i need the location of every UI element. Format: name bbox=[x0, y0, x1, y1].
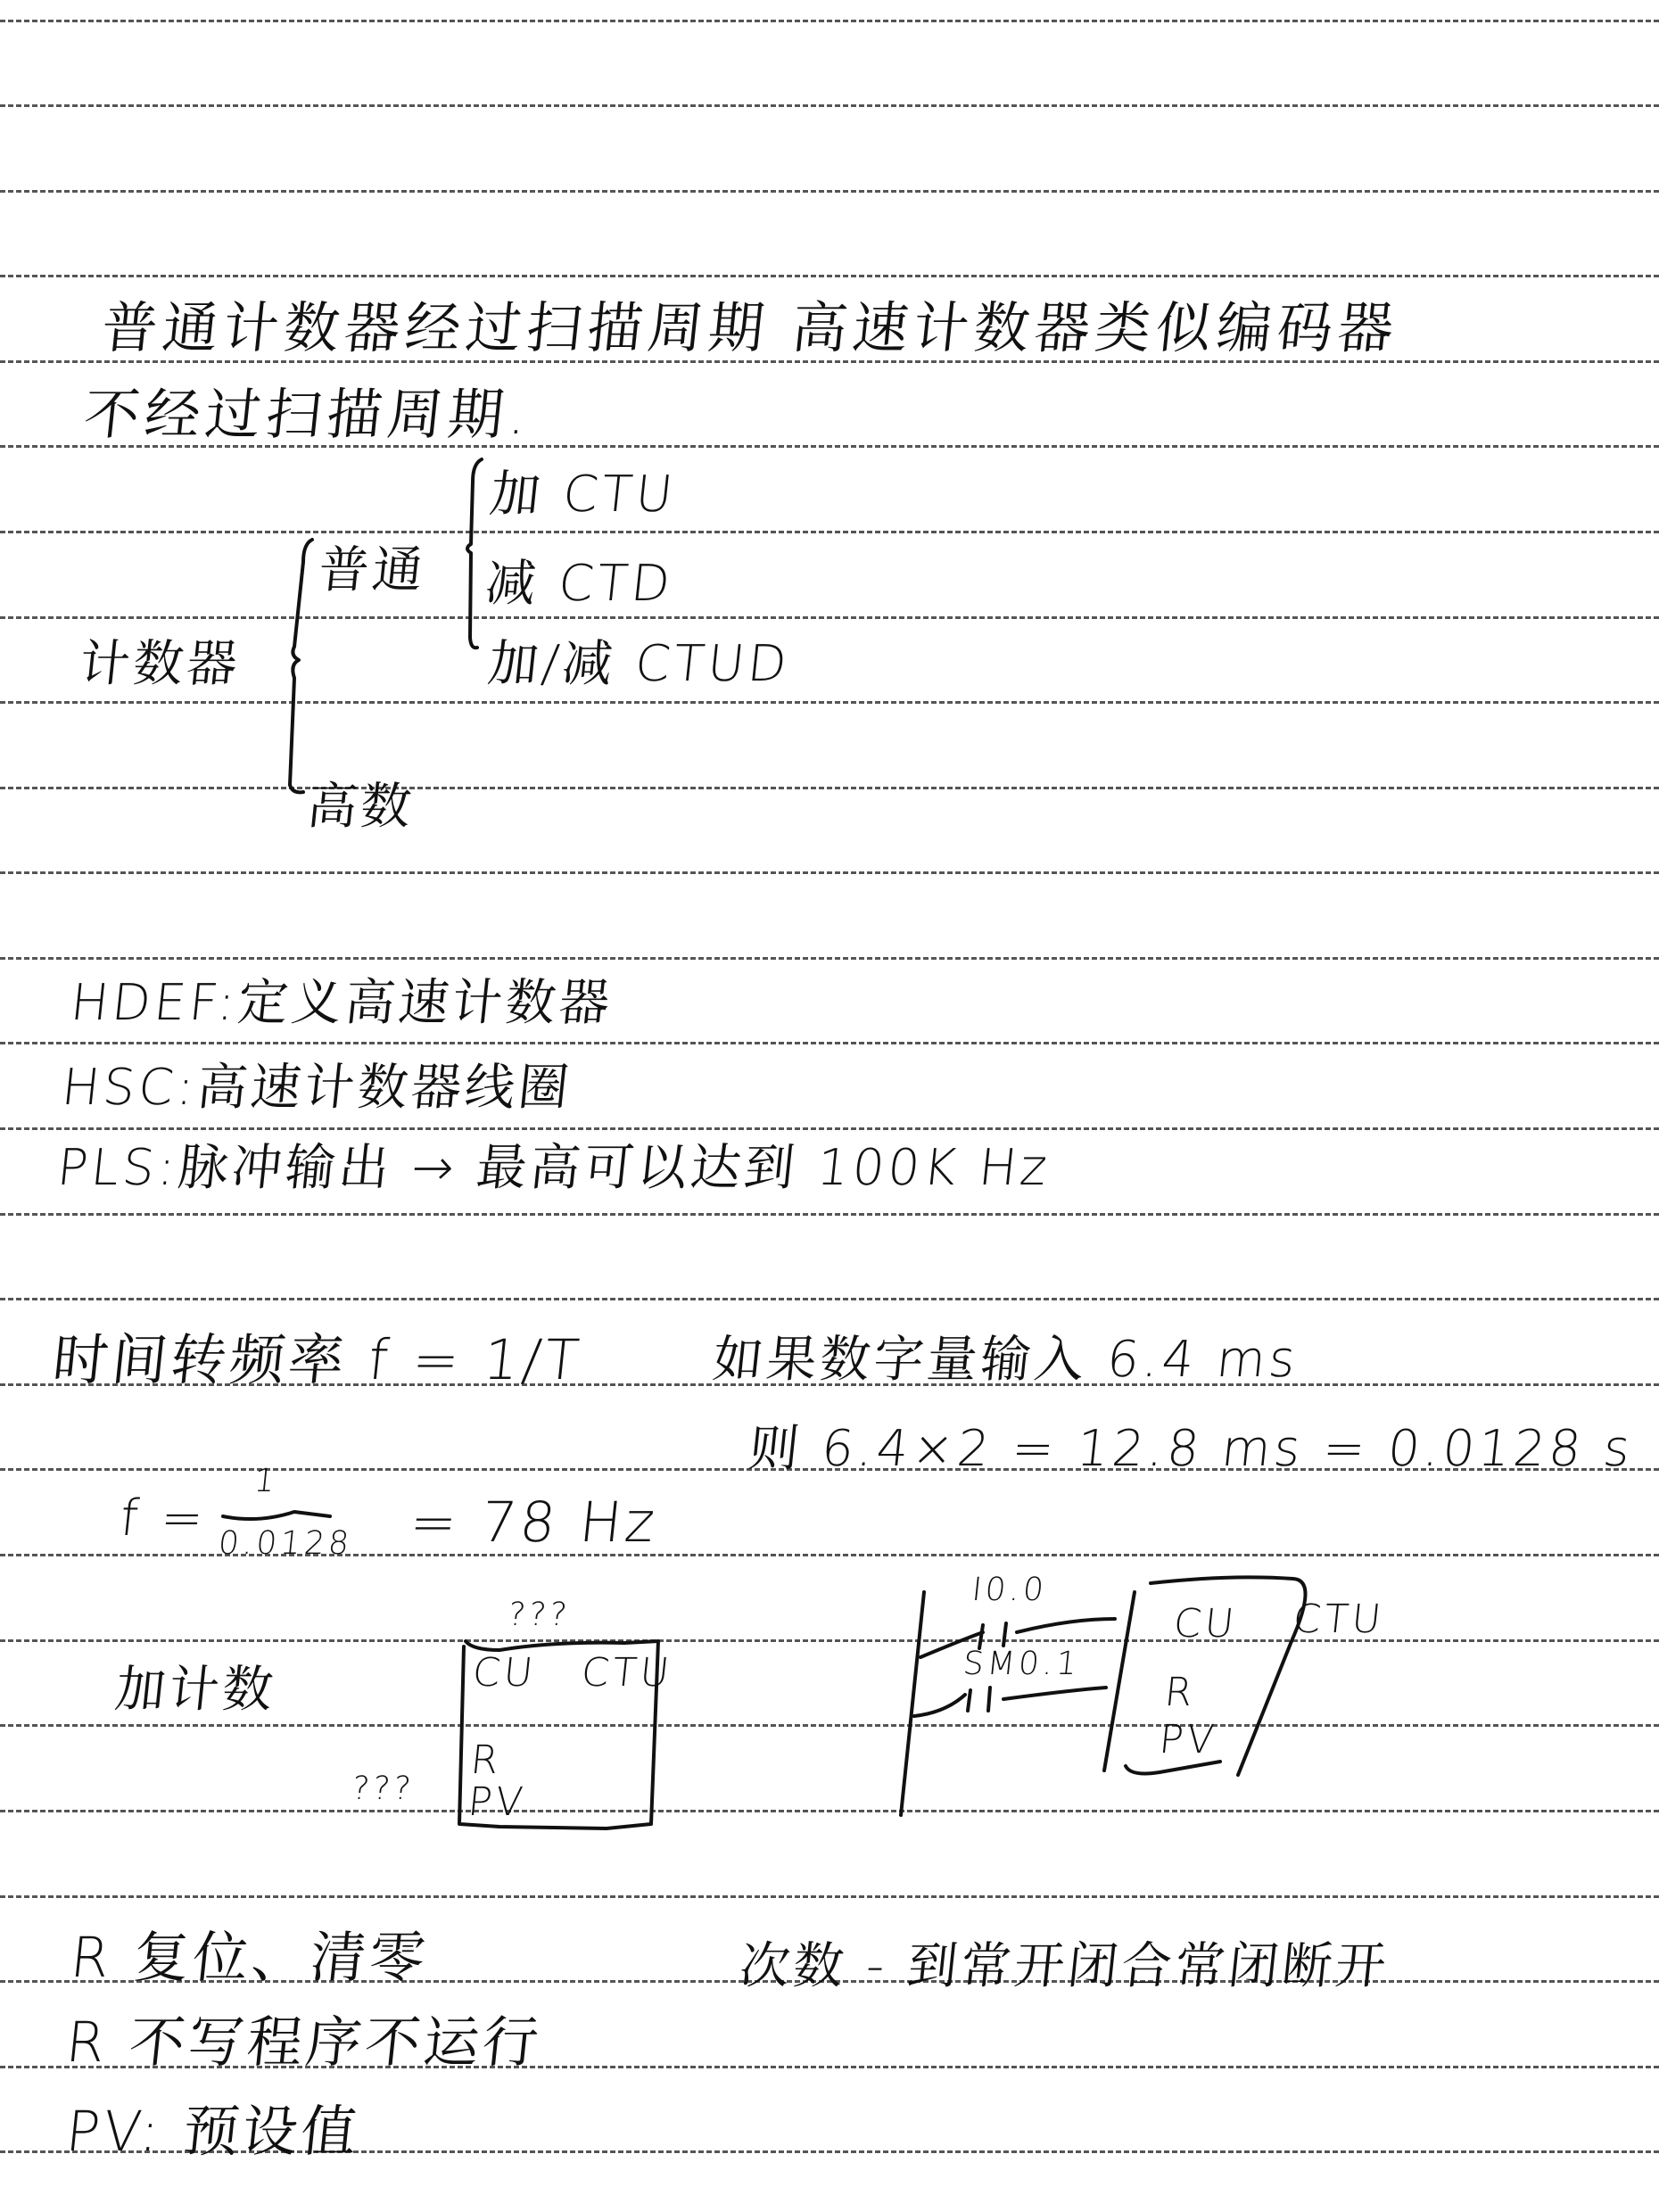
ladder-block-name: CTU bbox=[1291, 1597, 1386, 1642]
note-item: R 复位、清零 bbox=[67, 1913, 433, 1993]
ladder-pin-r: R bbox=[1162, 1670, 1198, 1715]
note-item: PV: 预设值 bbox=[62, 2087, 365, 2167]
ladder-pin-cu: CU bbox=[1171, 1601, 1239, 1647]
ladder-pin-pv: PV bbox=[1157, 1717, 1219, 1762]
side-note: 次数 - 到常开闭合常闭断开 bbox=[737, 1927, 1393, 1998]
ladder-lines-icon bbox=[0, 0, 1659, 2212]
contact-address-sm0-1: SM0.1 bbox=[962, 1646, 1082, 1682]
contact-address-i0-0: I0.0 bbox=[970, 1572, 1049, 1608]
note-item: R 不写程序不运行 bbox=[62, 1998, 546, 2077]
